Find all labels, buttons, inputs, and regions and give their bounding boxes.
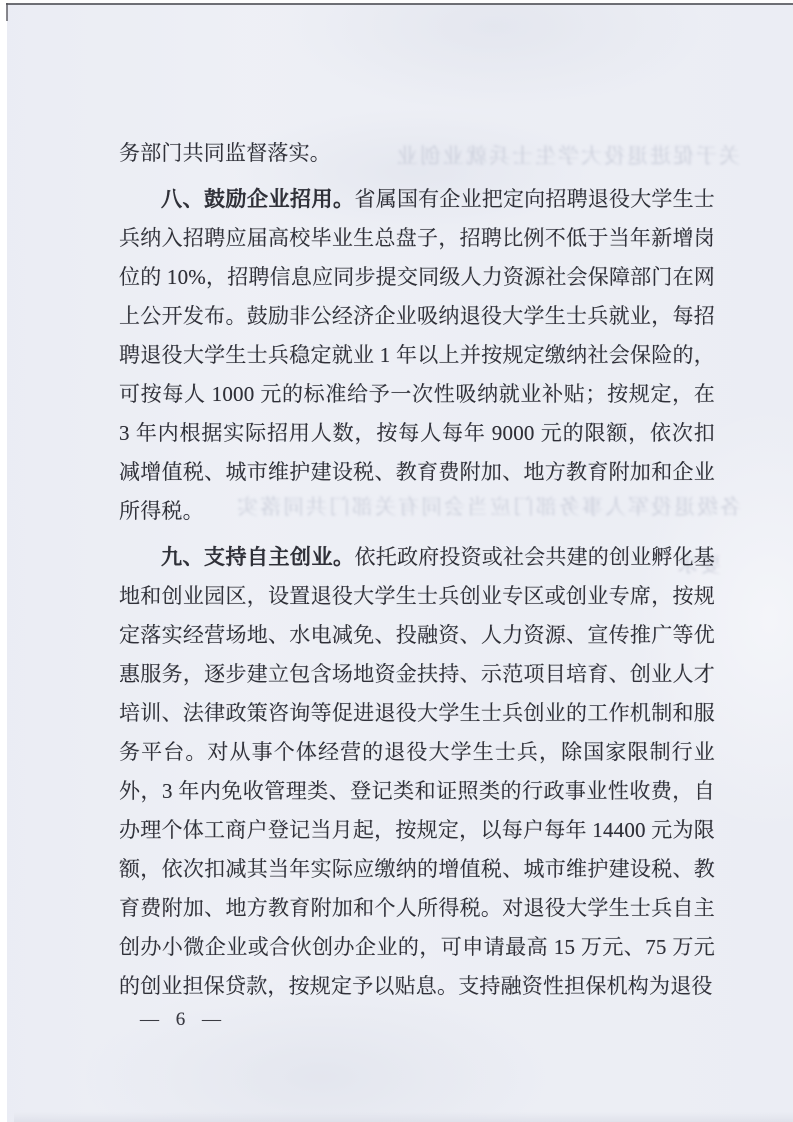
section-8-heading: 八、鼓励企业招用。 [161, 188, 355, 211]
scan-corner-tick [6, 3, 8, 21]
document-page: 关于促进退役大学生士兵就业创业 各级退役军人事务部门应当会同有关部门共同落实 要… [7, 4, 793, 1122]
section-9-heading: 九、支持自主创业。 [161, 546, 355, 569]
scanned-page: 关于促进退役大学生士兵就业创业 各级退役军人事务部门应当会同有关部门共同落实 要… [0, 0, 793, 1122]
paragraph-section-8: 八、鼓励企业招用。省属国有企业把定向招聘退役大学生士兵纳入招聘应届高校毕业生总盘… [119, 180, 715, 531]
scan-left-edge [0, 0, 7, 1122]
paragraph-continuation: 务部门共同监督落实。 [119, 134, 715, 173]
paragraph-continuation-text: 务部门共同监督落实。 [119, 141, 331, 165]
page-body: 务部门共同监督落实。 八、鼓励企业招用。省属国有企业把定向招聘退役大学生士兵纳入… [119, 134, 715, 1006]
section-8-text: 省属国有企业把定向招聘退役大学生士兵纳入招聘应届高校毕业生总盘子，招聘比例不低于… [119, 187, 715, 523]
section-9-text: 依托政府投资或社会共建的创业孵化基地和创业园区，设置退役大学生士兵创业专区或创业… [119, 545, 715, 998]
scan-bottom-shade [14, 1112, 793, 1122]
paragraph-section-9: 九、支持自主创业。依托政府投资或社会共建的创业孵化基地和创业园区，设置退役大学生… [119, 538, 715, 1006]
scan-edge-line [6, 3, 793, 5]
page-number: — 6 — [140, 1009, 227, 1031]
